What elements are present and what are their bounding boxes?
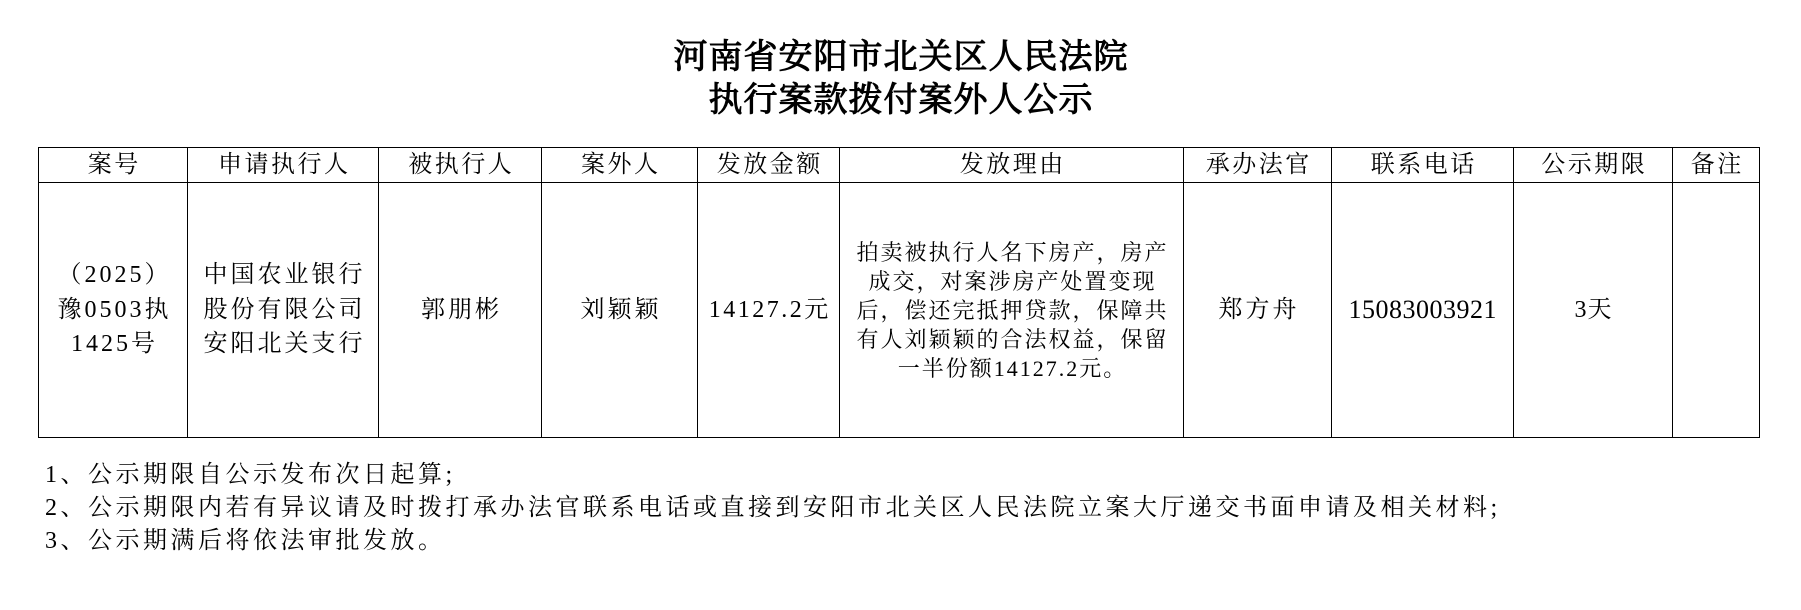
applicant-line: 中国农业银行 bbox=[188, 258, 378, 293]
phone-number: 15083003921 bbox=[1332, 293, 1513, 328]
header-amount: 发放金额 bbox=[698, 148, 840, 183]
reason-line: 一半份额14127.2元。 bbox=[840, 354, 1183, 383]
header-phone: 联系电话 bbox=[1332, 148, 1514, 183]
header-case-number: 案号 bbox=[39, 148, 188, 183]
header-outsider: 案外人 bbox=[542, 148, 698, 183]
cell-period: 3天 bbox=[1514, 183, 1673, 438]
header-remarks: 备注 bbox=[1673, 148, 1760, 183]
cell-applicant: 中国农业银行 股份有限公司 安阳北关支行 bbox=[188, 183, 379, 438]
note-item: 3、公示期满后将依法审批发放。 bbox=[45, 525, 1501, 558]
cell-case-number: （2025） 豫0503执 1425号 bbox=[39, 183, 188, 438]
case-number-line: 豫0503执 bbox=[39, 293, 187, 328]
cell-judge: 郑方舟 bbox=[1184, 183, 1332, 438]
header-period: 公示期限 bbox=[1514, 148, 1673, 183]
reason-line: 成交，对案涉房产处置变现 bbox=[840, 267, 1183, 296]
judge-name: 郑方舟 bbox=[1184, 293, 1331, 328]
reason-line: 后，偿还完抵押贷款，保障共 bbox=[840, 296, 1183, 325]
table-header-row: 案号 申请执行人 被执行人 案外人 发放金额 发放理由 承办法官 联系电话 公示… bbox=[39, 148, 1760, 183]
note-item: 1、公示期限自公示发布次日起算; bbox=[45, 459, 1501, 492]
table-row: （2025） 豫0503执 1425号 中国农业银行 股份有限公司 安阳北关支行… bbox=[39, 183, 1760, 438]
title-line-subject: 执行案款拨付案外人公示 bbox=[0, 79, 1801, 122]
disbursement-table: 案号 申请执行人 被执行人 案外人 发放金额 发放理由 承办法官 联系电话 公示… bbox=[38, 147, 1760, 438]
notes-list: 1、公示期限自公示发布次日起算; 2、公示期限内若有异议请及时拨打承办法官联系电… bbox=[45, 459, 1501, 558]
cell-outsider: 刘颖颖 bbox=[542, 183, 698, 438]
header-judge: 承办法官 bbox=[1184, 148, 1332, 183]
reason-line: 拍卖被执行人名下房产，房产 bbox=[840, 238, 1183, 267]
cell-amount: 14127.2元 bbox=[698, 183, 840, 438]
header-reason: 发放理由 bbox=[840, 148, 1184, 183]
cell-respondent: 郭朋彬 bbox=[379, 183, 542, 438]
header-applicant: 申请执行人 bbox=[188, 148, 379, 183]
title-line-court: 河南省安阳市北关区人民法院 bbox=[0, 36, 1801, 79]
respondent-name: 郭朋彬 bbox=[379, 293, 541, 328]
applicant-line: 股份有限公司 bbox=[188, 293, 378, 328]
case-number-line: 1425号 bbox=[39, 327, 187, 362]
period-value: 3天 bbox=[1514, 293, 1672, 328]
amount-value: 14127.2元 bbox=[698, 293, 839, 328]
case-number-line: （2025） bbox=[39, 258, 187, 293]
outsider-name: 刘颖颖 bbox=[542, 293, 697, 328]
note-item: 2、公示期限内若有异议请及时拨打承办法官联系电话或直接到安阳市北关区人民法院立案… bbox=[45, 492, 1501, 525]
notice-title: 河南省安阳市北关区人民法院 执行案款拨付案外人公示 bbox=[0, 36, 1801, 122]
cell-remarks bbox=[1673, 183, 1760, 438]
cell-reason: 拍卖被执行人名下房产，房产 成交，对案涉房产处置变现 后，偿还完抵押贷款，保障共… bbox=[840, 183, 1184, 438]
applicant-line: 安阳北关支行 bbox=[188, 327, 378, 362]
reason-line: 有人刘颖颖的合法权益，保留 bbox=[840, 325, 1183, 354]
header-respondent: 被执行人 bbox=[379, 148, 542, 183]
cell-phone: 15083003921 bbox=[1332, 183, 1514, 438]
